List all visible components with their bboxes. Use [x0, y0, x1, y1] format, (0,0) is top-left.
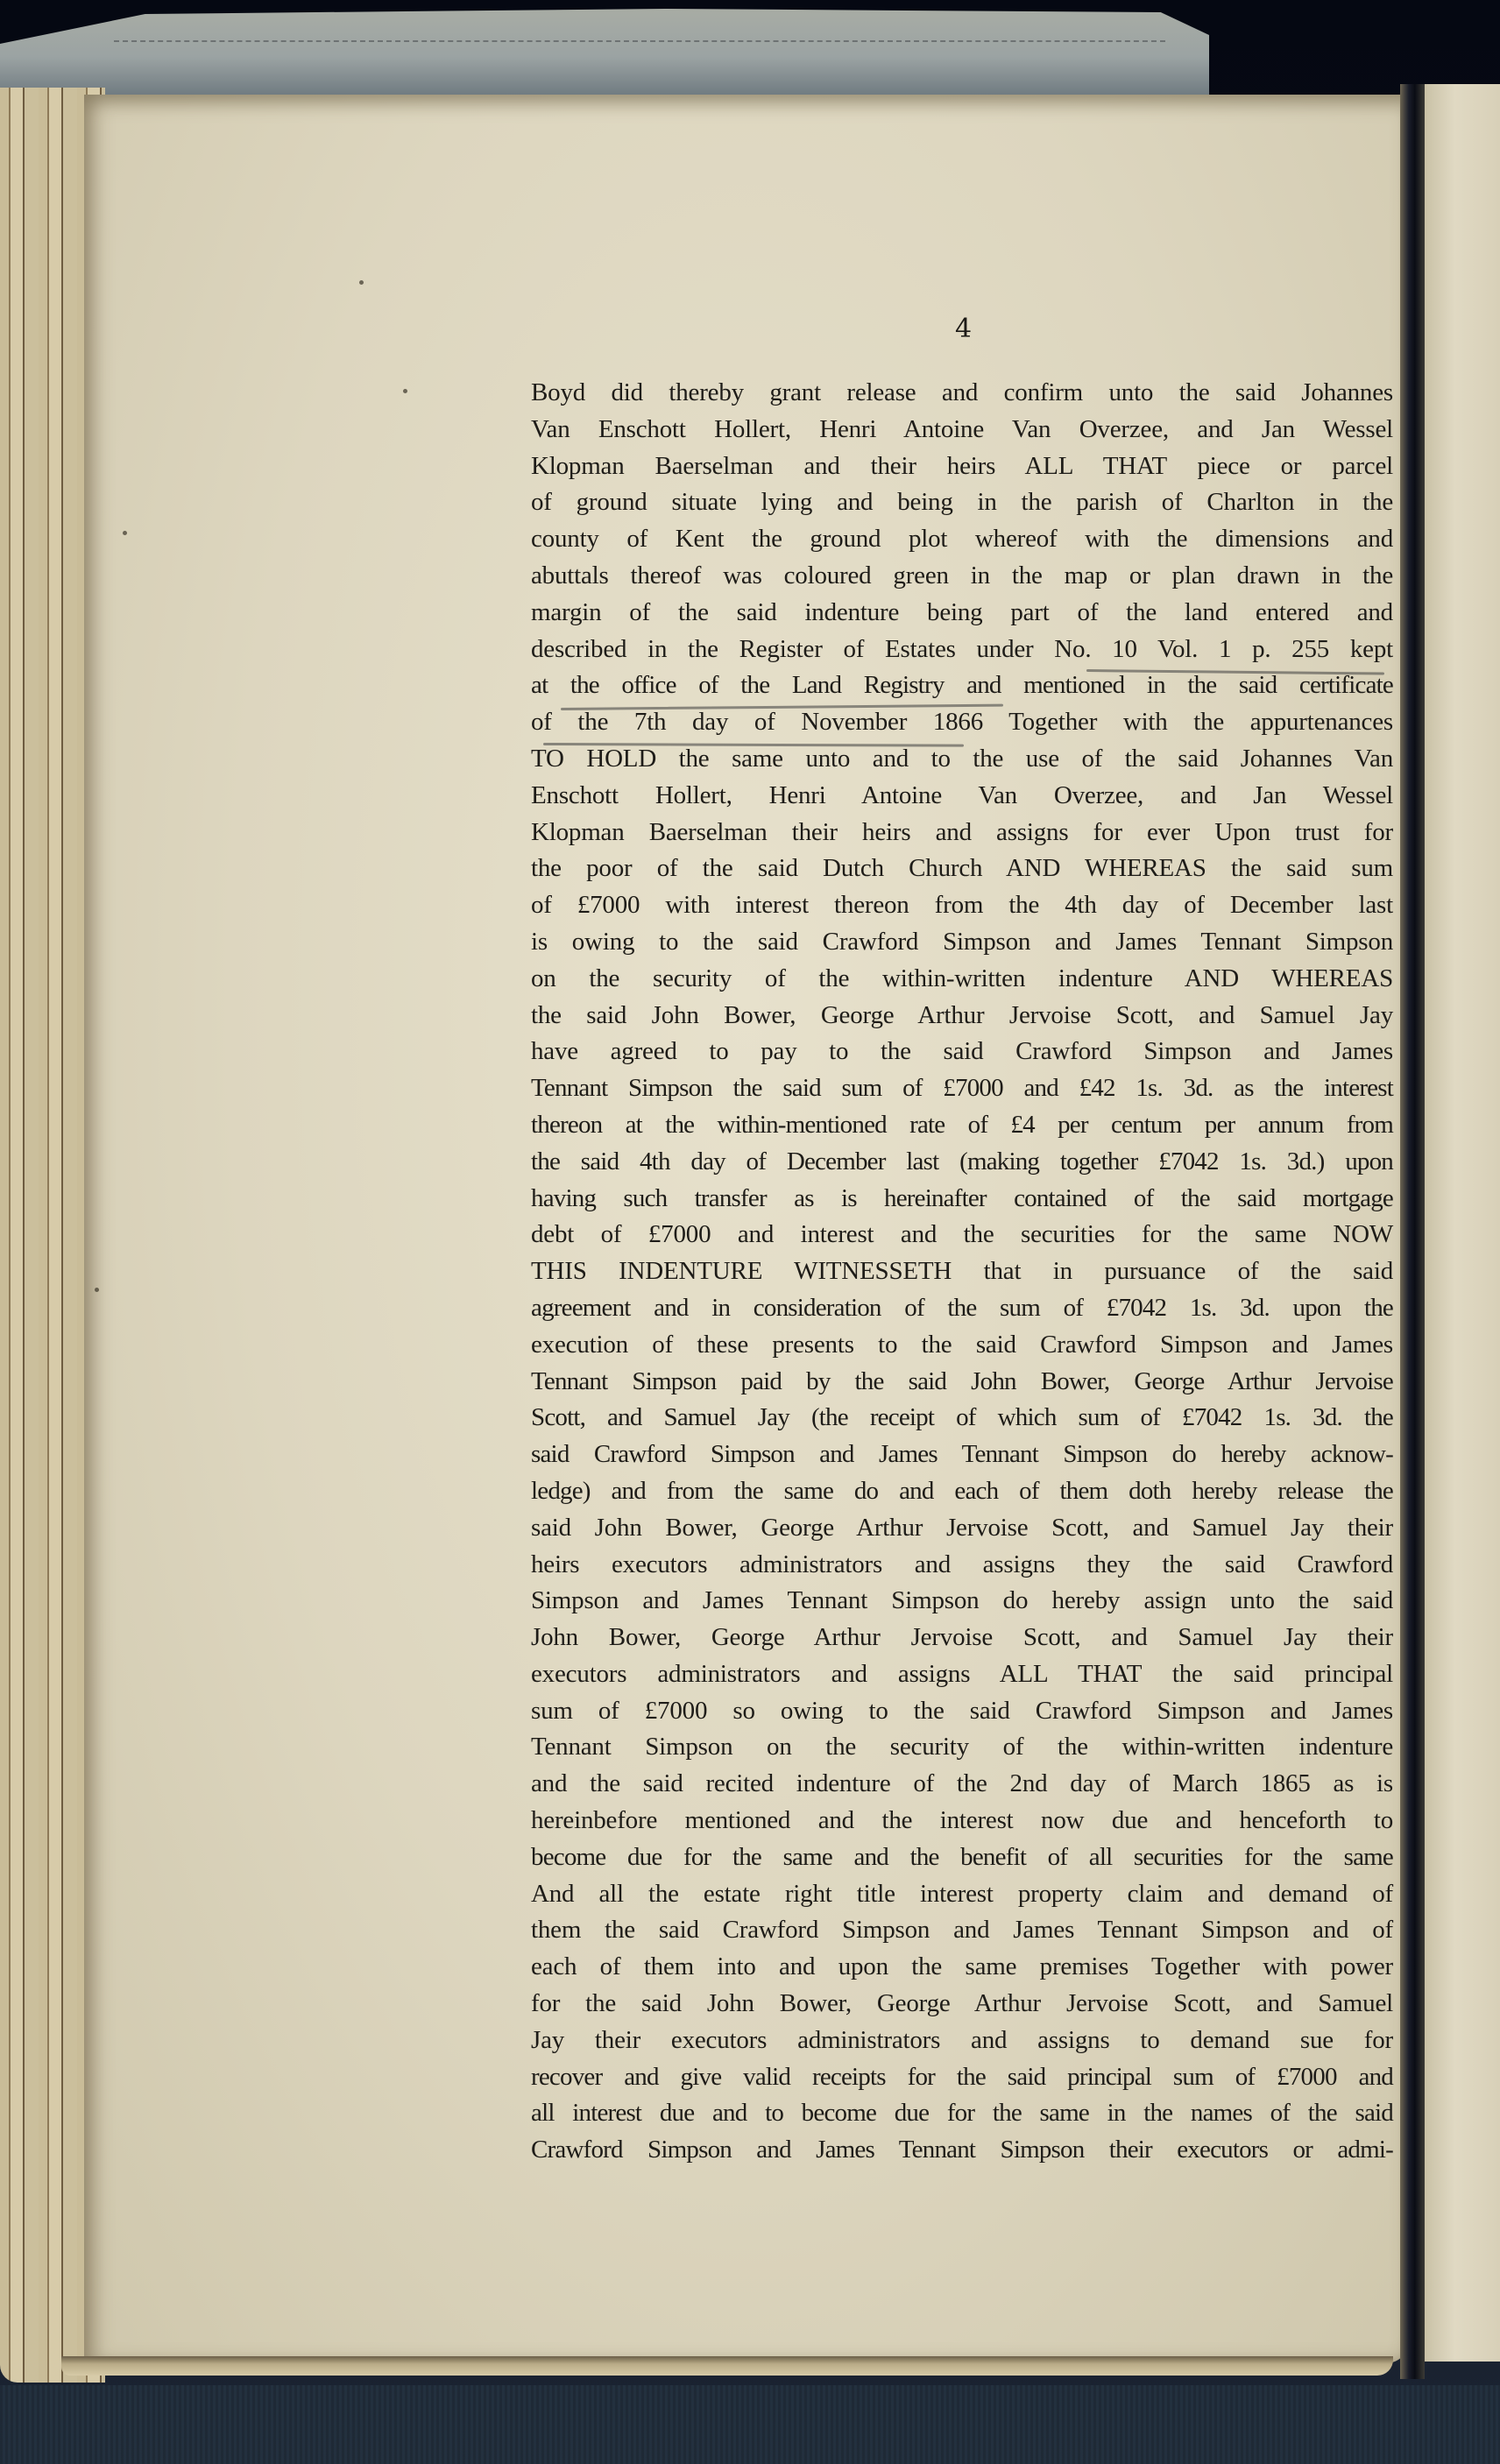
text-line: of ground situate lying and being in the… [531, 484, 1393, 521]
text-line: agreement and in consideration of the su… [531, 1290, 1393, 1327]
text-line: all interest due and to become due for t… [531, 2095, 1393, 2132]
text-line: Jay their executors administrators and a… [531, 2023, 1393, 2059]
text-line: each of them into and upon the same prem… [531, 1949, 1393, 1986]
paper-speck [403, 389, 407, 393]
text-line: Klopman Baerselman their heirs and assig… [531, 815, 1393, 851]
text-line: and the said recited indenture of the 2n… [531, 1766, 1393, 1803]
text-line: have agreed to pay to the said Crawford … [531, 1034, 1393, 1070]
paper-speck [123, 531, 127, 535]
text-line: abuttals thereof was coloured green in t… [531, 558, 1393, 595]
book-spine-gutter [1400, 84, 1425, 2379]
text-line: Tennant Simpson paid by the said John Bo… [531, 1364, 1393, 1401]
text-line: described in the Register of Estates und… [531, 632, 1393, 668]
text-line: of the 7th day of November 1866 Together… [531, 704, 1393, 741]
page-number: 4 [955, 314, 972, 344]
text-line: the said John Bower, George Arthur Jervo… [531, 998, 1393, 1034]
text-line: said Crawford Simpson and James Tennant … [531, 1437, 1393, 1473]
text-line: Tennant Simpson on the security of the w… [531, 1729, 1393, 1766]
text-line: is owing to the said Crawford Simpson an… [531, 924, 1393, 961]
text-line: John Bower, George Arthur Jervoise Scott… [531, 1620, 1393, 1656]
text-line: Klopman Baerselman and their heirs ALL T… [531, 448, 1393, 485]
text-line: recover and give valid receipts for the … [531, 2059, 1393, 2096]
text-line: thereon at the within-mentioned rate of … [531, 1107, 1393, 1144]
text-line: hereinbefore mentioned and the interest … [531, 1803, 1393, 1839]
text-line: Boyd did thereby grant release and confi… [531, 375, 1393, 412]
text-line: Crawford Simpson and James Tennant Simps… [531, 2132, 1393, 2169]
text-line: said John Bower, George Arthur Jervoise … [531, 1510, 1393, 1547]
text-line: debt of £7000 and interest and the secur… [531, 1217, 1393, 1253]
text-line: Scott, and Samuel Jay (the receipt of wh… [531, 1400, 1393, 1437]
text-line: executors administrators and assigns ALL… [531, 1656, 1393, 1693]
text-line: of £7000 with interest thereon from the … [531, 887, 1393, 924]
text-line: sum of £7000 so owing to the said Crawfo… [531, 1693, 1393, 1730]
text-line: ledge) and from the same do and each of … [531, 1473, 1393, 1510]
text-line: execution of these presents to the said … [531, 1327, 1393, 1364]
text-line: And all the estate right title interest … [531, 1876, 1393, 1913]
text-line: Tennant Simpson the said sum of £7000 an… [531, 1070, 1393, 1107]
text-line: county of Kent the ground plot whereof w… [531, 521, 1393, 558]
document-body: Boyd did thereby grant release and confi… [531, 375, 1393, 2169]
text-line: Van Enschott Hollert, Henri Antoine Van … [531, 412, 1393, 448]
text-line: on the security of the within-written in… [531, 961, 1393, 998]
text-line: THIS INDENTURE WITNESSETH that in pursua… [531, 1253, 1393, 1290]
text-line: for the said John Bower, George Arthur J… [531, 1986, 1393, 2023]
text-line: margin of the said indenture being part … [531, 595, 1393, 632]
text-line: Simpson and James Tennant Simpson do her… [531, 1583, 1393, 1620]
text-line: them the said Crawford Simpson and James… [531, 1912, 1393, 1949]
page-bottom-edge [61, 2356, 1393, 2376]
cloth-surface [0, 2385, 1500, 2464]
text-line: having such transfer as is hereinafter c… [531, 1181, 1393, 1218]
folded-top-flap [0, 9, 1209, 96]
text-line: Enschott Hollert, Henri Antoine Van Over… [531, 778, 1393, 815]
paper-speck [95, 1288, 99, 1292]
facing-page-edge [1425, 84, 1500, 2362]
paper-speck [359, 280, 364, 285]
text-line: the said 4th day of December last (makin… [531, 1144, 1393, 1181]
text-line: become due for the same and the benefit … [531, 1839, 1393, 1876]
text-line: the poor of the said Dutch Church AND WH… [531, 851, 1393, 887]
text-line: heirs executors administrators and assig… [531, 1547, 1393, 1584]
flap-dashed-line [114, 40, 1165, 44]
